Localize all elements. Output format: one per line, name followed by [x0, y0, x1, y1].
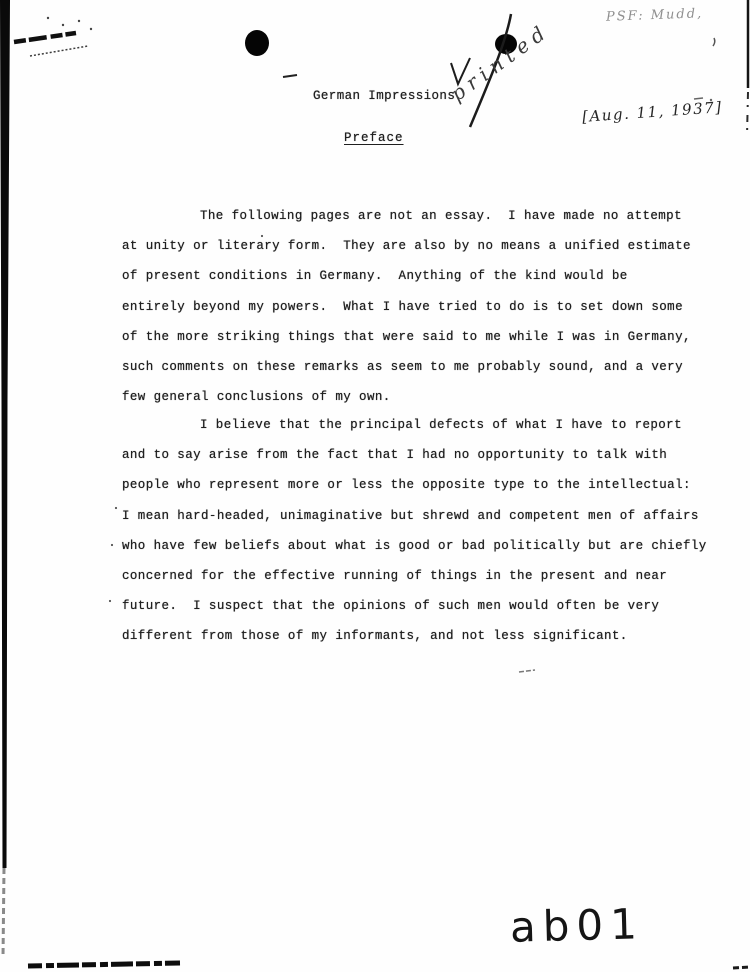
comma-pen-mark: [713, 38, 715, 46]
text-line: few general conclusions of my own.: [122, 382, 712, 412]
right-scan-edge-dashes: [747, 92, 748, 136]
text-line: and to say arise from the fact that I ha…: [122, 440, 712, 470]
ink-speck: [47, 17, 49, 19]
text-line: of present conditions in Germany. Anythi…: [122, 261, 712, 291]
section-heading-preface: Preface: [344, 131, 404, 145]
ink-speck: [78, 20, 80, 22]
left-scan-edge-artifact: [0, 0, 10, 868]
ink-speck: [111, 544, 113, 546]
hole-punch-dot: [245, 30, 269, 56]
text-line: at unity or literary form. They are also…: [122, 231, 712, 261]
bottom-scan-edge-artifact: [28, 963, 180, 966]
left-scan-edge-fade-artifact: [3, 868, 4, 958]
top-left-scribble-mark: [14, 33, 76, 42]
dash-mark-near-title: [283, 75, 297, 77]
scanned-document-page: German Impressions Preface The following…: [0, 0, 750, 972]
text-line: who have few beliefs about what is good …: [122, 531, 712, 561]
handwritten-date-note: [Aug. 11, 1937]: [582, 98, 724, 126]
text-line: I believe that the principal defects of …: [122, 410, 712, 440]
top-left-scribble-mark-2: [30, 46, 88, 56]
text-line: concerned for the effective running of t…: [122, 561, 712, 591]
text-line: I mean hard-headed, unimaginative but sh…: [122, 501, 712, 531]
text-line: entirely beyond my powers. What I have t…: [122, 292, 712, 322]
ink-speck: [109, 600, 111, 602]
faint-dash-mark: [519, 670, 535, 672]
text-line: future. I suspect that the opinions of s…: [122, 591, 712, 621]
bottom-right-scan-mark: [733, 967, 750, 968]
text-line: of the more striking things that were sa…: [122, 322, 712, 352]
handwritten-page-code: ab01: [509, 899, 644, 951]
ink-speck: [62, 24, 64, 26]
text-line: people who represent more or less the op…: [122, 470, 712, 500]
text-line: different from those of my informants, a…: [122, 621, 712, 651]
handwritten-file-note: PSF: Mudd,: [606, 6, 704, 24]
body-paragraph-1: The following pages are not an essay. I …: [122, 201, 712, 412]
document-title: German Impressions: [313, 89, 455, 103]
body-paragraph-2: I believe that the principal defects of …: [122, 410, 712, 652]
text-line: such comments on these remarks as seem t…: [122, 352, 712, 382]
handwritten-diagonal-note: printed: [446, 18, 554, 106]
text-line: The following pages are not an essay. I …: [122, 201, 712, 231]
ink-speck: [115, 507, 117, 509]
ink-speck: [90, 28, 92, 30]
